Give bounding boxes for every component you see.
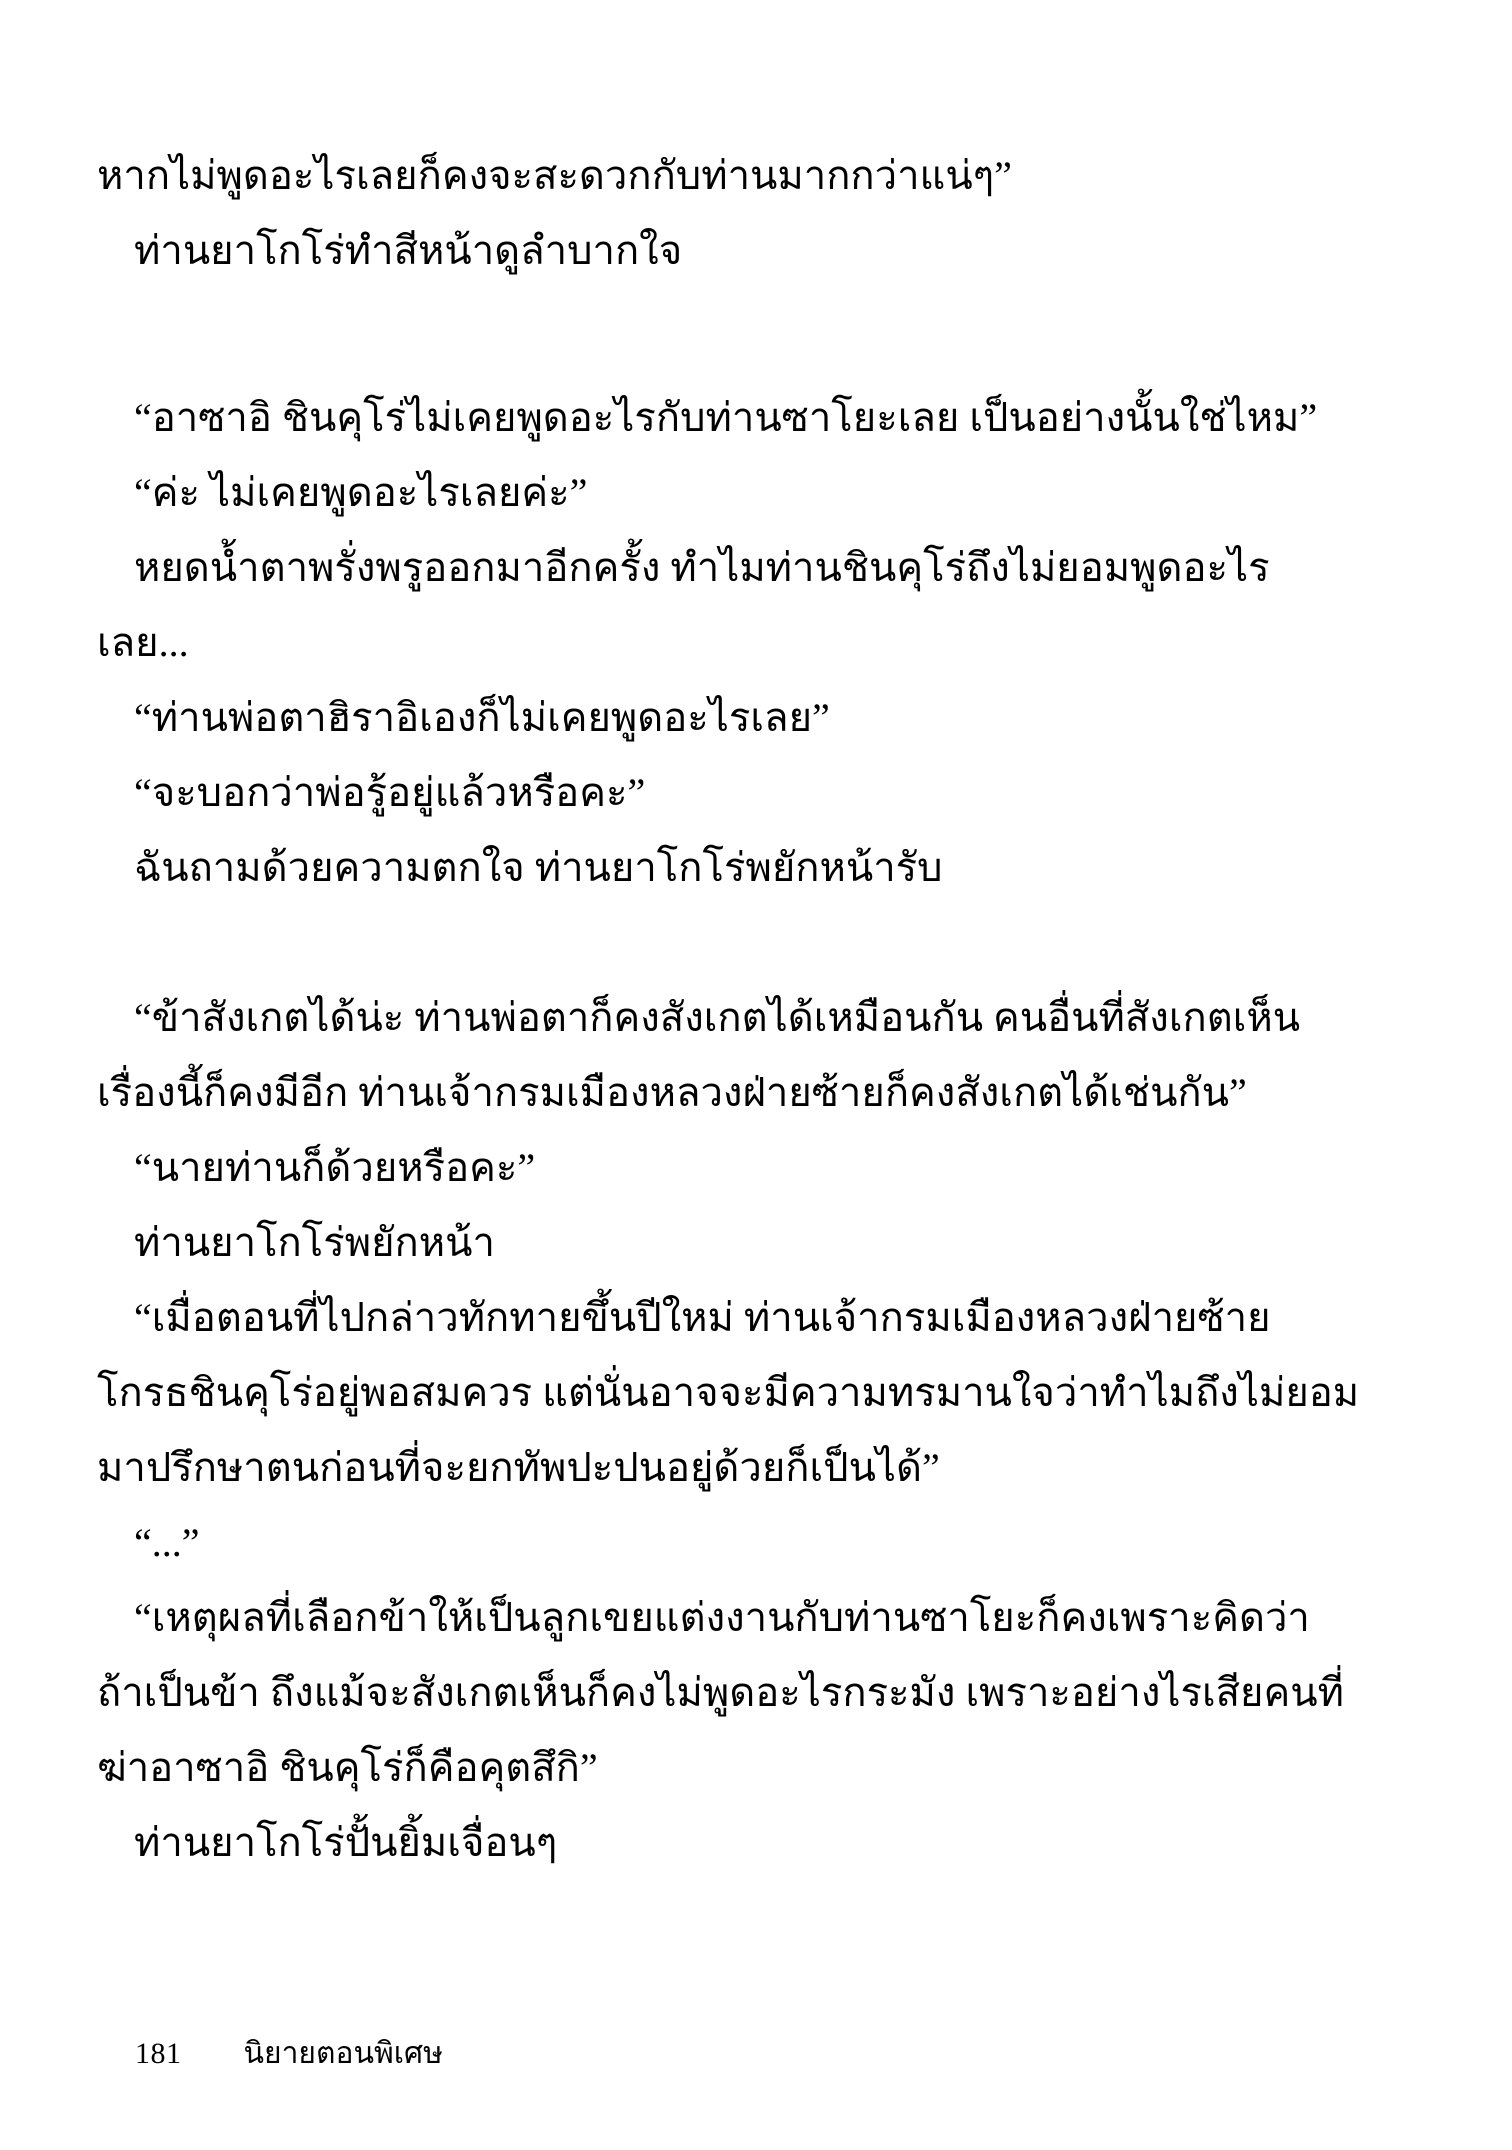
paragraph-gap: [97, 905, 1417, 980]
text-line: โกรธชินคุโร่อยู่พอสมควร แต่นั่นอาจจะมีคว…: [97, 1355, 1417, 1430]
text-line: “เมื่อตอนที่ไปกล่าวทักทายขึ้นปีใหม่ ท่าน…: [97, 1280, 1417, 1355]
text-line: มาปรึกษาตนก่อนที่จะยกทัพปะปนอยู่ด้วยก็เป…: [97, 1430, 1417, 1505]
text-line: ถ้าเป็นข้า ถึงแม้จะสังเกตเห็นก็คงไม่พูดอ…: [97, 1655, 1417, 1730]
page-footer: 181 นิยายตอนพิเศษ: [0, 2032, 1512, 2076]
text-line: “...”: [97, 1505, 1417, 1580]
text-line: “นายท่านก็ด้วยหรือคะ”: [97, 1130, 1417, 1205]
paragraph: ท่านยาโกโร่พยักหน้า: [97, 1205, 1417, 1280]
text-line: “อาซาอิ ชินคุโร่ไม่เคยพูดอะไรกับท่านซาโย…: [97, 380, 1417, 455]
text-line: หยดน้ำตาพรั่งพรูออกมาอีกครั้ง ทำไมท่านชิ…: [97, 530, 1417, 605]
text-line: หากไม่พูดอะไรเลยก็คงจะสะดวกกับท่านมากกว่…: [97, 138, 1417, 213]
page-number: 181: [135, 2032, 182, 2076]
paragraph: “เหตุผลที่เลือกข้าให้เป็นลูกเขยแต่งงานกั…: [97, 1580, 1417, 1805]
text-line: “ค่ะ ไม่เคยพูดอะไรเลยค่ะ”: [97, 455, 1417, 530]
paragraph: “ข้าสังเกตได้น่ะ ท่านพ่อตาก็คงสังเกตได้เ…: [97, 980, 1417, 1130]
text-line: “ข้าสังเกตได้น่ะ ท่านพ่อตาก็คงสังเกตได้เ…: [97, 980, 1417, 1055]
paragraph: ฉันถามด้วยความตกใจ ท่านยาโกโร่พยักหน้ารั…: [97, 830, 1417, 905]
text-block: หากไม่พูดอะไรเลยก็คงจะสะดวกกับท่านมากกว่…: [97, 138, 1417, 1880]
book-page: หากไม่พูดอะไรเลยก็คงจะสะดวกกับท่านมากกว่…: [0, 0, 1512, 2150]
text-line: “เหตุผลที่เลือกข้าให้เป็นลูกเขยแต่งงานกั…: [97, 1580, 1417, 1655]
paragraph-gap: [97, 288, 1417, 380]
text-line: ฉันถามด้วยความตกใจ ท่านยาโกโร่พยักหน้ารั…: [97, 830, 1417, 905]
paragraph: “เมื่อตอนที่ไปกล่าวทักทายขึ้นปีใหม่ ท่าน…: [97, 1280, 1417, 1505]
running-title: นิยายตอนพิเศษ: [244, 2032, 443, 2076]
paragraph: “นายท่านก็ด้วยหรือคะ”: [97, 1130, 1417, 1205]
text-line: “ท่านพ่อตาฮิราอิเองก็ไม่เคยพูดอะไรเลย”: [97, 680, 1417, 755]
paragraph: “ท่านพ่อตาฮิราอิเองก็ไม่เคยพูดอะไรเลย”: [97, 680, 1417, 755]
text-line: เลย...: [97, 605, 1417, 680]
text-line: เรื่องนี้ก็คงมีอีก ท่านเจ้ากรมเมืองหลวงฝ…: [97, 1055, 1417, 1130]
text-line: ฆ่าอาซาอิ ชินคุโร่ก็คือคุตสึกิ”: [97, 1730, 1417, 1805]
text-line: ท่านยาโกโร่พยักหน้า: [97, 1205, 1417, 1280]
paragraph: ท่านยาโกโร่ปั้นยิ้มเจื่อนๆ: [97, 1805, 1417, 1880]
paragraph: “อาซาอิ ชินคุโร่ไม่เคยพูดอะไรกับท่านซาโย…: [97, 380, 1417, 455]
text-line: “จะบอกว่าพ่อรู้อยู่แล้วหรือคะ”: [97, 755, 1417, 830]
text-line: ท่านยาโกโร่ปั้นยิ้มเจื่อนๆ: [97, 1805, 1417, 1880]
paragraph: “...”: [97, 1505, 1417, 1580]
paragraph: หยดน้ำตาพรั่งพรูออกมาอีกครั้ง ทำไมท่านชิ…: [97, 530, 1417, 680]
text-line: ท่านยาโกโร่ทำสีหน้าดูลำบากใจ: [97, 213, 1417, 288]
paragraph: ท่านยาโกโร่ทำสีหน้าดูลำบากใจ: [97, 213, 1417, 288]
paragraph: “จะบอกว่าพ่อรู้อยู่แล้วหรือคะ”: [97, 755, 1417, 830]
paragraph: “ค่ะ ไม่เคยพูดอะไรเลยค่ะ”: [97, 455, 1417, 530]
paragraph: หากไม่พูดอะไรเลยก็คงจะสะดวกกับท่านมากกว่…: [97, 138, 1417, 213]
